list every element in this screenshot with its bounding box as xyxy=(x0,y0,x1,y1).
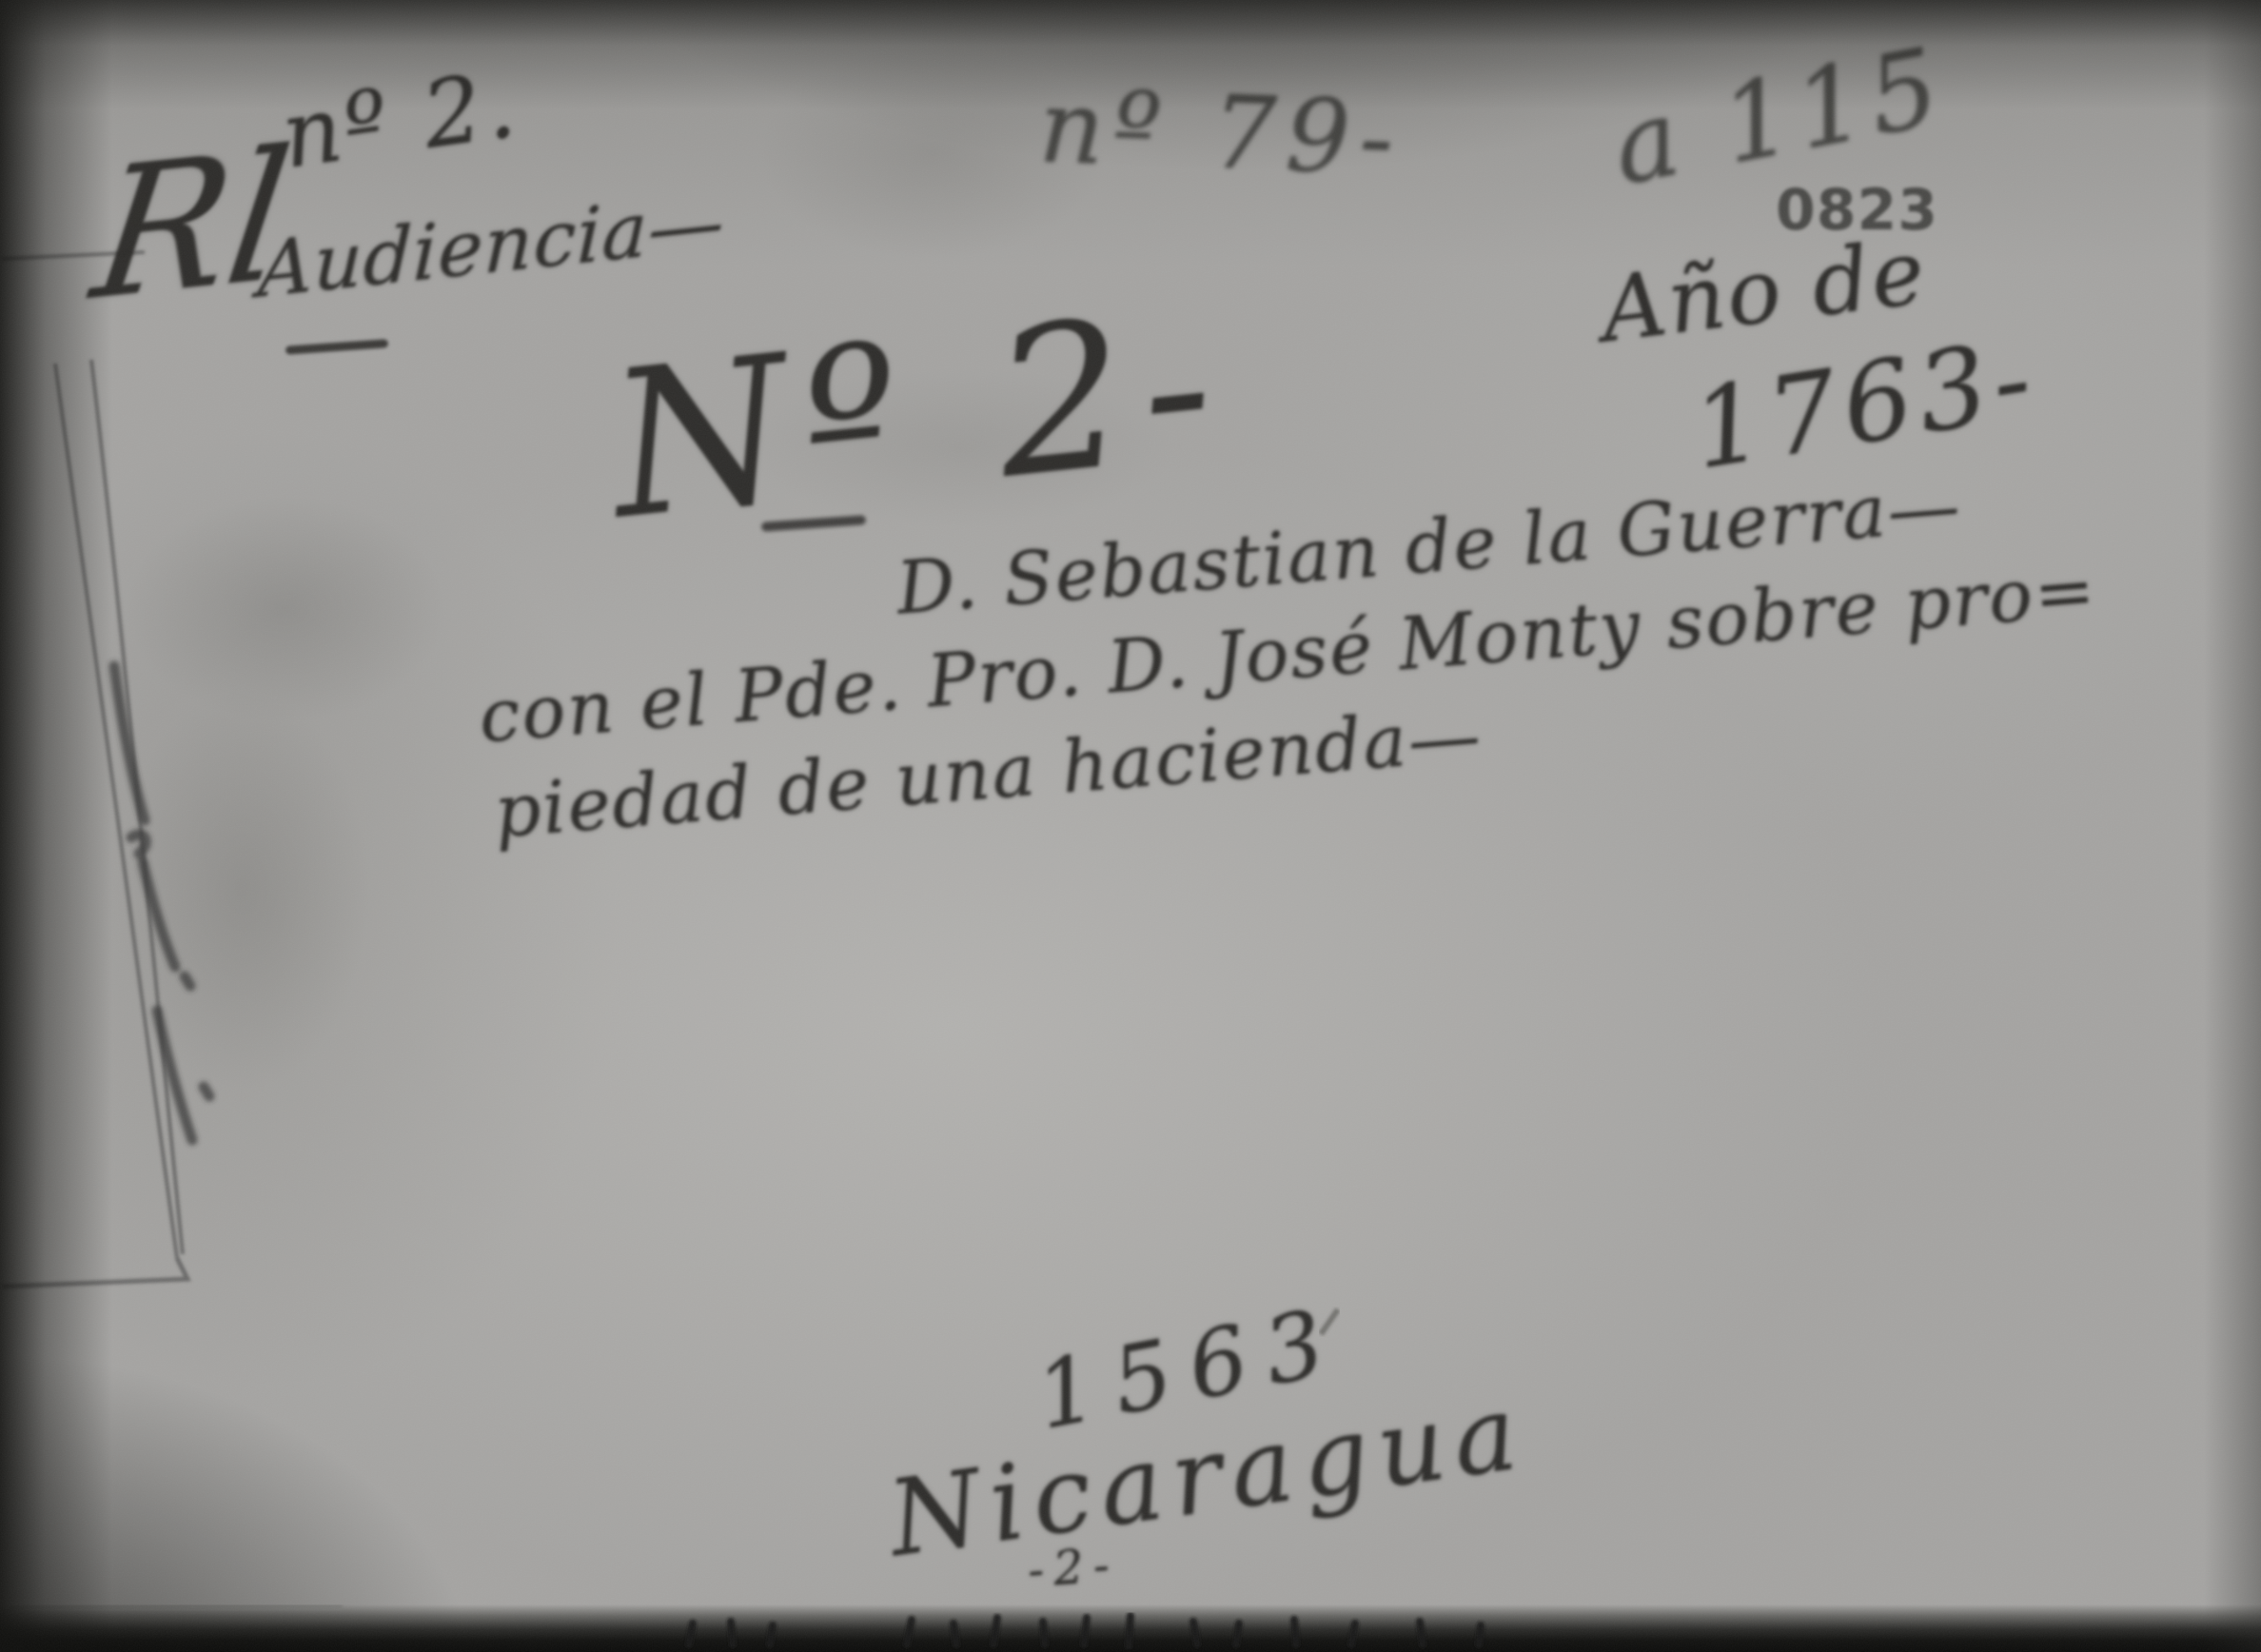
manuscript-scan-page: Rl nº 2. Audiencia— nº 79- a 115 0823 Añ… xyxy=(0,0,2261,1652)
film-edge-band xyxy=(0,1604,2261,1652)
file-number-annotation: nº 79- xyxy=(1037,68,1406,197)
marginalia-strokes xyxy=(114,666,209,1140)
audiencia-underline-stroke xyxy=(285,339,388,355)
main-case-number: Nº 2- xyxy=(600,265,1239,563)
audiencia-label: Audiencia— xyxy=(257,177,727,315)
page-number: -2- xyxy=(1026,1537,1120,1599)
fold-lines xyxy=(2,252,187,1287)
case-number-annotation: nº 2. xyxy=(275,50,524,189)
